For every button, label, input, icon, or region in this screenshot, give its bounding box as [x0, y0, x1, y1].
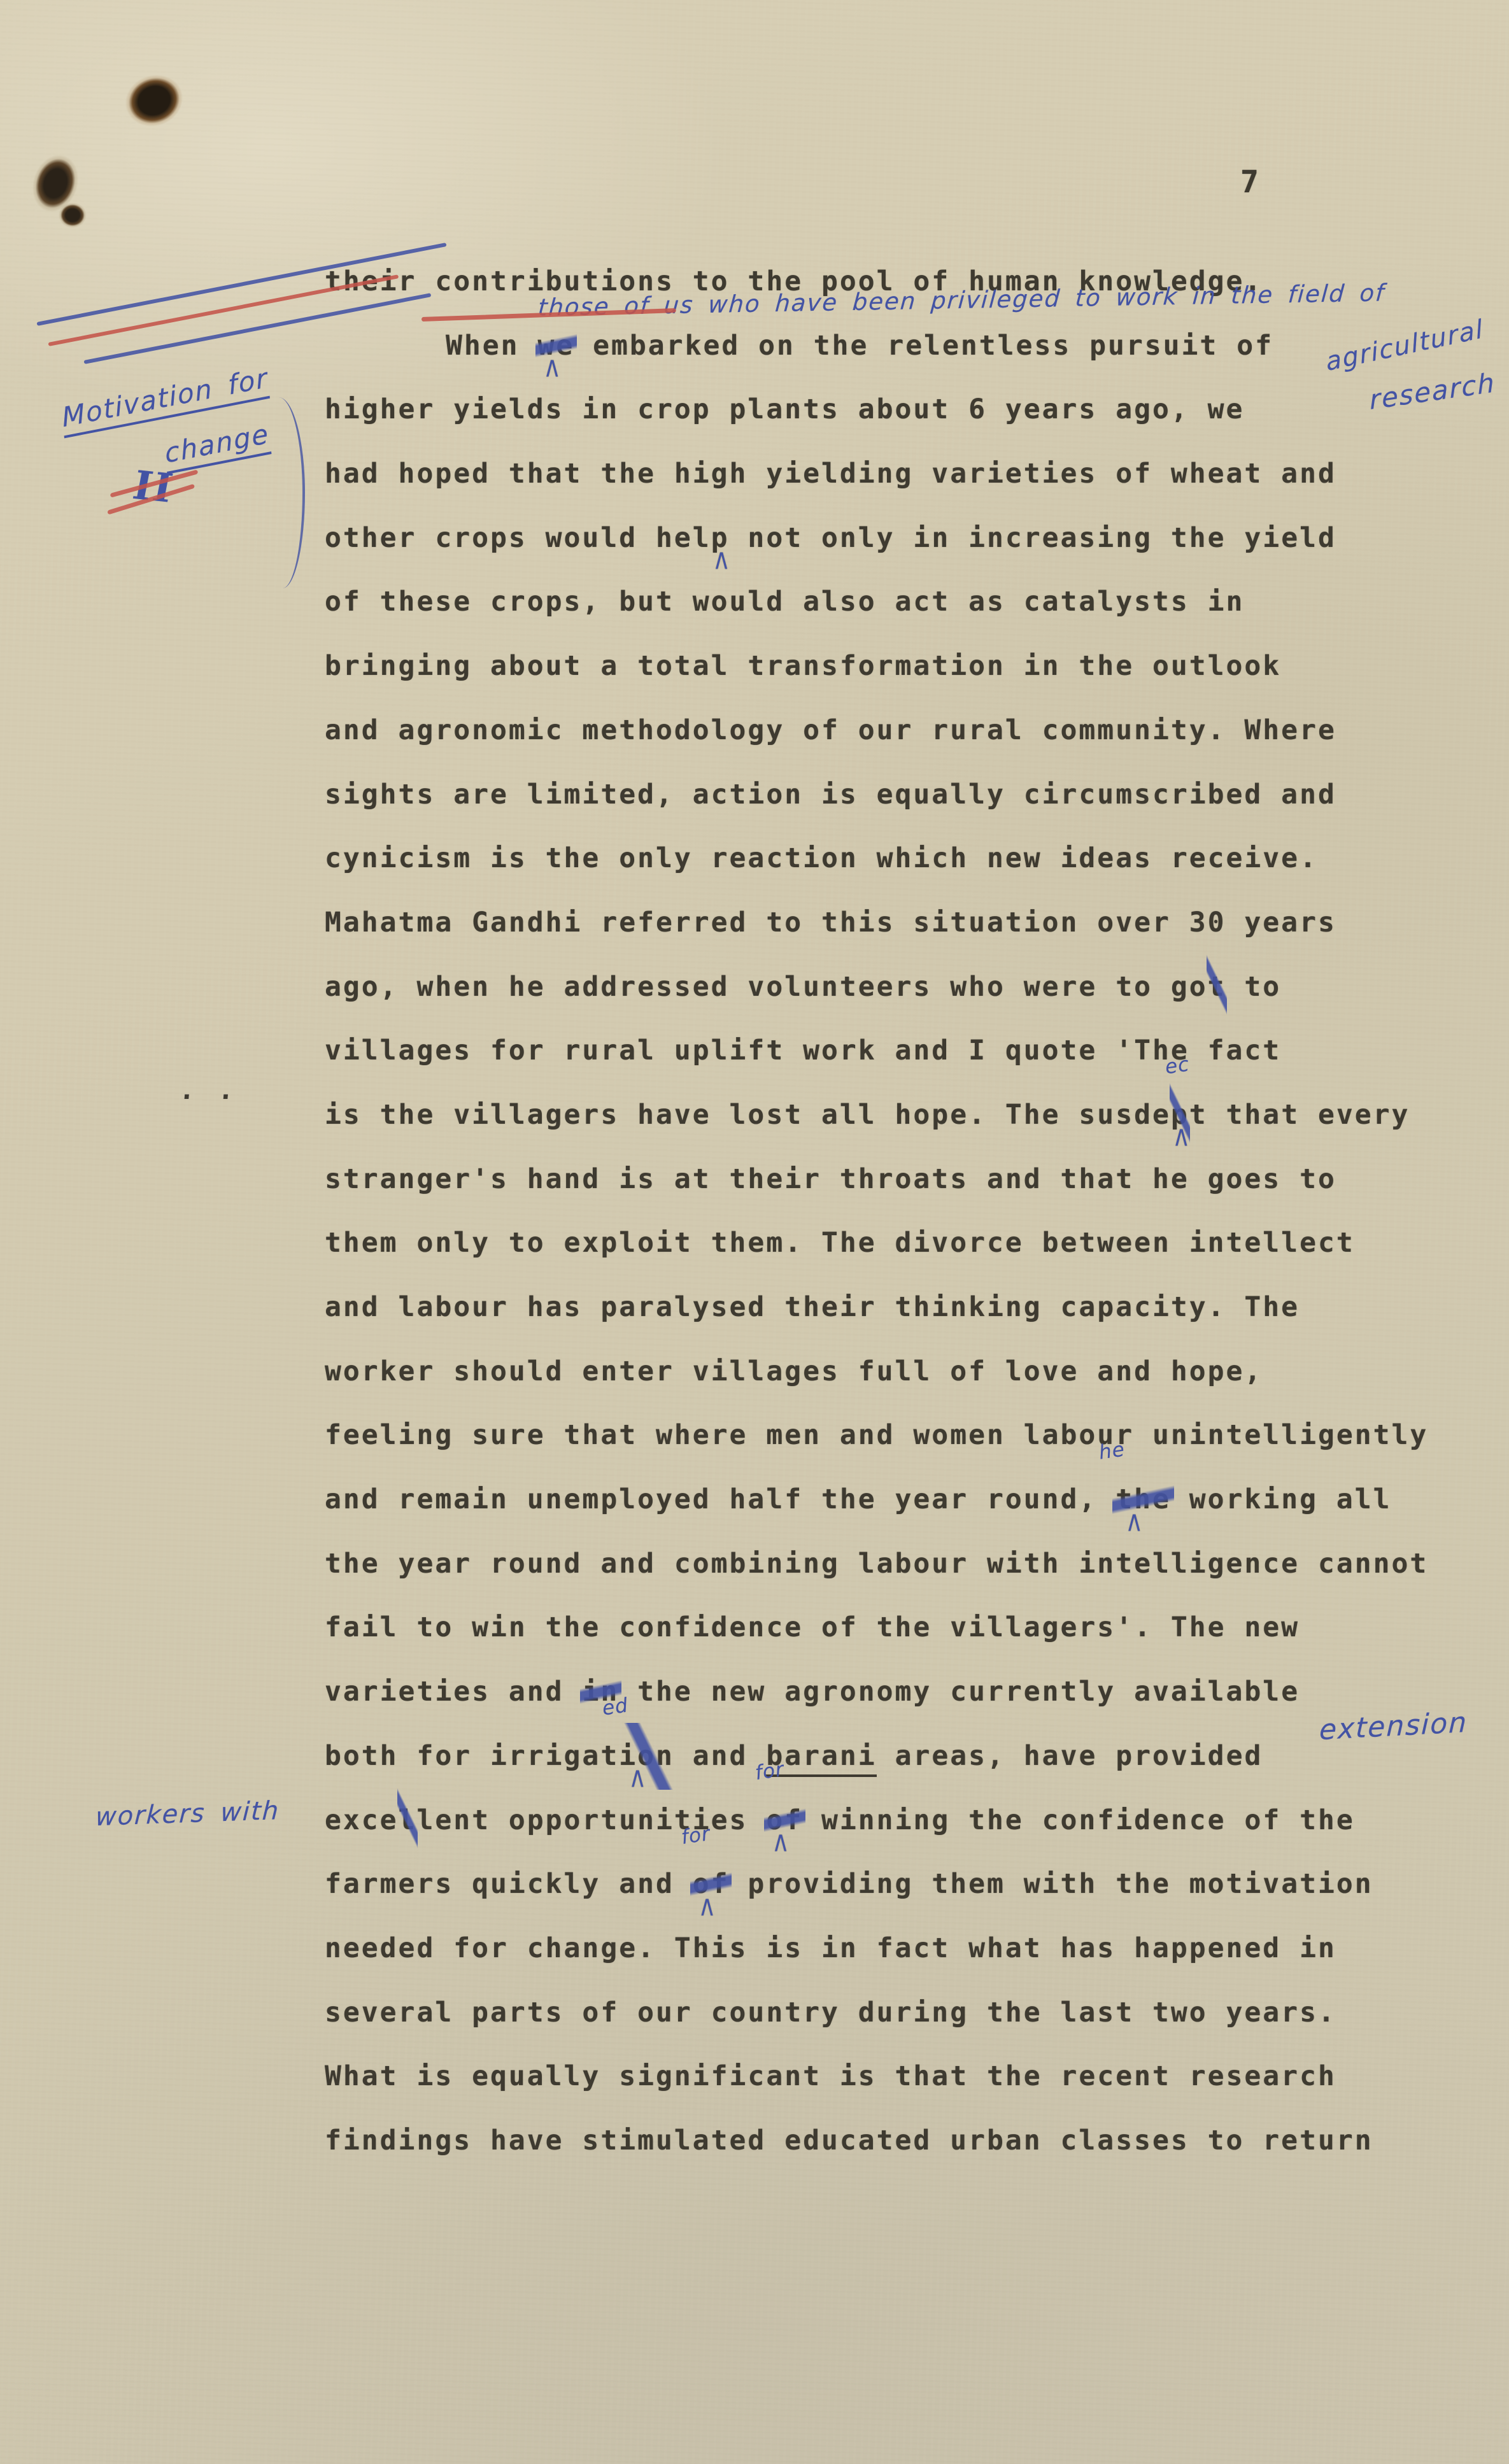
typed-word: needed for change. This is in fact what …: [325, 1932, 1336, 1964]
typed-word: worker should enter villages full of lov…: [325, 1356, 1263, 1387]
typed-segment: When: [446, 314, 537, 378]
typed-word: What is equally significant is that the …: [325, 2060, 1336, 2092]
typed-word: lent opportunities: [416, 1804, 766, 1836]
typed-word: several parts of our country during the …: [325, 1997, 1336, 2029]
typed-word: not only in increasing the yield: [730, 522, 1336, 554]
typed-line: other crops would helpʌ not only in incr…: [325, 506, 1445, 570]
typed-line: both for irrigationedʌ and barani areas,…: [325, 1724, 1445, 1788]
typed-word: other crops would hel: [325, 522, 711, 554]
typed-segment: and labour has paralysed their thinking …: [325, 1275, 1300, 1340]
typed-segment: both for irrigat: [325, 1724, 619, 1788]
typed-segment: and remain unemployed half the year roun…: [325, 1468, 1116, 1532]
typed-segment: needed for change. This is in fact what …: [325, 1916, 1336, 1981]
typed-word: bringing about a total transformation in…: [325, 650, 1281, 682]
typed-line: several parts of our country during the …: [325, 1981, 1445, 2045]
typed-segment: What is equally significant is that the …: [325, 2044, 1336, 2109]
typed-word: higher yields in crop plants about 6 yea…: [325, 393, 1244, 425]
typed-word: the new agronomy currently available: [619, 1676, 1300, 1708]
typed-line: findings have stimulated educated urban …: [325, 2109, 1445, 2173]
typed-line: and agronomic methodology of our rural c…: [325, 698, 1445, 763]
typed-segment: t that every: [1189, 1083, 1410, 1147]
typed-line: What is equally significant is that the …: [325, 2044, 1445, 2109]
typed-line: fail to win the confidence of the villag…: [325, 1596, 1445, 1660]
typed-word: is the villagers have lost all hope. The…: [325, 1099, 1171, 1131]
typed-segment: the year round and combining labour with…: [325, 1532, 1428, 1596]
typed-segment: bringing about a total transformation in…: [325, 634, 1281, 698]
typed-word: areas, have provided: [877, 1740, 1263, 1772]
typed-line: farmers quickly and offorʌ providing the…: [325, 1852, 1445, 1916]
typed-line: needed for change. This is in fact what …: [325, 1916, 1445, 1981]
typed-segment: areas, have provided: [877, 1724, 1263, 1788]
typed-word: t: [1208, 971, 1226, 1003]
typed-word: villages for rural uplift work and I quo…: [325, 1035, 1281, 1066]
typed-word: t that every: [1189, 1099, 1410, 1131]
typed-word: of these crops, but would also act as ca…: [325, 586, 1244, 618]
typed-word: findings have stimulated educated urban …: [325, 2125, 1373, 2156]
scanned-typescript-page: { "page_number": "7", "ink_colors": { "t…: [0, 0, 1509, 2464]
typed-line: had hoped that the high yielding varieti…: [325, 442, 1445, 506]
typed-segment: feeling sure that where men and women la…: [325, 1403, 1428, 1468]
typed-segment: stranger's hand is at their throats and …: [325, 1147, 1336, 1212]
typed-word: and remain unemployed half the year roun…: [325, 1483, 1116, 1515]
typed-segment: farmers quickly and: [325, 1852, 693, 1916]
typed-segment: and agronomic methodology of our rural c…: [325, 698, 1336, 763]
typed-line: ago, when he addressed volunteers who we…: [325, 955, 1445, 1019]
typed-word: farmers quickly and: [325, 1868, 693, 1900]
typed-word: winning the confidence of the: [803, 1804, 1355, 1836]
typed-line: Mahatma Gandhi referred to this situatio…: [325, 891, 1445, 955]
typed-segment: lent opportunities: [416, 1788, 766, 1853]
typed-segment: embarked on the relentless pursuit of: [574, 314, 1273, 378]
typed-segment: cynicism is the only reaction which new …: [325, 826, 1318, 891]
typed-segment: villages for rural uplift work and I quo…: [325, 1019, 1281, 1083]
typed-line: and labour has paralysed their thinking …: [325, 1275, 1445, 1340]
typed-segment: findings have stimulated educated urban …: [325, 2109, 1373, 2173]
typed-word: and agronomic methodology of our rural c…: [325, 714, 1336, 746]
typed-line: villages for rural uplift work and I quo…: [325, 1019, 1445, 1083]
typed-line: the year round and combining labour with…: [325, 1532, 1445, 1596]
typed-word: exce: [325, 1804, 399, 1836]
typed-segment: the new agronomy currently available: [619, 1660, 1300, 1724]
typed-word: to: [1226, 971, 1282, 1003]
stray-typed-dots: . .: [178, 1076, 236, 1105]
typed-word: varieties and: [325, 1676, 582, 1708]
typed-line: cynicism is the only reaction which new …: [325, 826, 1445, 891]
typed-line: varieties and in the new agronomy curren…: [325, 1660, 1445, 1724]
typed-word: working all: [1171, 1483, 1392, 1515]
typed-line: sights are limited, action is equally ci…: [325, 763, 1445, 827]
typed-segment: not only in increasing the yield: [730, 506, 1336, 570]
typed-word: l: [399, 1804, 417, 1836]
typed-line: higher yields in crop plants about 6 yea…: [325, 378, 1445, 442]
typed-line: worker should enter villages full of lov…: [325, 1340, 1445, 1404]
typed-line: and remain unemployed half the year roun…: [325, 1468, 1445, 1532]
typed-text: their contributions to the pool of human…: [325, 250, 1445, 2173]
typed-segment: to: [1226, 955, 1282, 1019]
typed-word: and labour has paralysed their thinking …: [325, 1291, 1300, 1323]
typed-segment: of these crops, but would also act as ca…: [325, 570, 1244, 634]
typed-line: is the villagers have lost all hope. The…: [325, 1083, 1445, 1147]
typed-segment: worker should enter villages full of lov…: [325, 1340, 1263, 1404]
typed-segment: had hoped that the high yielding varieti…: [325, 442, 1336, 506]
typed-segment: them only to exploit them. The divorce b…: [325, 1211, 1355, 1275]
typed-word: them only to exploit them. The divorce b…: [325, 1227, 1355, 1259]
typed-line: stranger's hand is at their throats and …: [325, 1147, 1445, 1212]
typed-word: embarked on the relentless pursuit of: [574, 330, 1273, 362]
typed-line: excellent opportunities offorʌ winning t…: [325, 1788, 1445, 1853]
typed-line: of these crops, but would also act as ca…: [325, 570, 1445, 634]
typed-segment: working all: [1171, 1468, 1392, 1532]
typed-segment-strike: offorʌ: [693, 1852, 730, 1916]
typed-word: feeling sure that where men and women la…: [325, 1419, 1428, 1451]
typed-word: ion: [619, 1740, 674, 1772]
typed-word: stranger's hand is at their throats and …: [325, 1163, 1336, 1195]
typed-segment-strike: weʌ: [537, 314, 574, 378]
typed-segment: higher yields in crop plants about 6 yea…: [325, 378, 1244, 442]
typed-segment: fail to win the confidence of the villag…: [325, 1596, 1300, 1660]
page-number: 7: [1240, 164, 1259, 200]
typed-segment: ago, when he addressed volunteers who we…: [325, 955, 1208, 1019]
typed-line: them only to exploit them. The divorce b…: [325, 1211, 1445, 1275]
typed-segment-strike: theheʌ: [1116, 1468, 1171, 1532]
typed-word: ago, when he addressed volunteers who we…: [325, 971, 1208, 1003]
typed-line: When weʌ embarked on the relentless purs…: [325, 314, 1445, 378]
typed-segment: winning the confidence of the: [803, 1788, 1355, 1853]
typed-word: the year round and combining labour with…: [325, 1548, 1428, 1580]
typed-word: fail to win the confidence of the villag…: [325, 1611, 1300, 1643]
typed-segment-slash: pecʌ: [1171, 1083, 1189, 1147]
typed-segment: Mahatma Gandhi referred to this situatio…: [325, 891, 1336, 955]
typed-word: When: [446, 330, 537, 362]
typed-line: feeling sure that where men and women la…: [325, 1403, 1445, 1468]
typed-word: cynicism is the only reaction which new …: [325, 842, 1318, 874]
typed-segment: sights are limited, action is equally ci…: [325, 763, 1336, 827]
typed-segment: pʌ: [711, 506, 730, 570]
typed-segment: is the villagers have lost all hope. The…: [325, 1083, 1171, 1147]
typed-word: both for irrigat: [325, 1740, 619, 1772]
typed-segment-slash: t: [1208, 955, 1226, 1019]
typed-segment-slash: ionedʌ: [619, 1724, 674, 1788]
typed-segment: varieties and: [325, 1660, 582, 1724]
typed-line: bringing about a total transformation in…: [325, 634, 1445, 698]
section-roman-numeral: II: [123, 461, 184, 513]
typed-word: Mahatma Gandhi referred to this situatio…: [325, 907, 1336, 938]
typed-word: providing them with the motivation: [730, 1868, 1373, 1900]
typed-segment-strike: offorʌ: [766, 1788, 803, 1853]
typed-segment: several parts of our country during the …: [325, 1981, 1336, 2045]
typed-segment: exce: [325, 1788, 399, 1853]
typed-segment-slash: l: [399, 1788, 417, 1853]
typed-word: the: [1116, 1483, 1171, 1515]
typed-word: had hoped that the high yielding varieti…: [325, 458, 1336, 490]
typed-segment: providing them with the motivation: [730, 1852, 1373, 1916]
typed-segment: other crops would hel: [325, 506, 711, 570]
typed-word: sights are limited, action is equally ci…: [325, 779, 1336, 811]
